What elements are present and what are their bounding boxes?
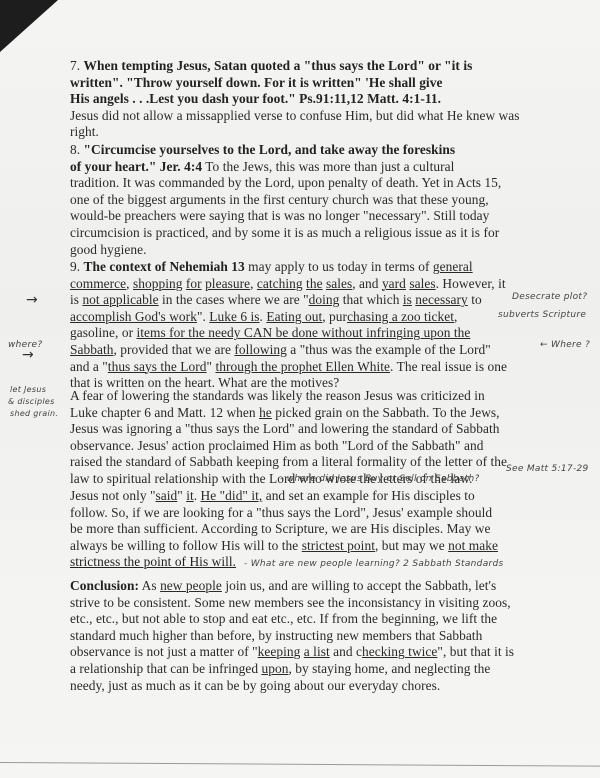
- note-desecrate: Desecrate plot?: [512, 292, 587, 302]
- p8-line-3: tradition. It was commanded by the Lord,…: [70, 175, 540, 192]
- left-note-2: & disciples: [8, 397, 55, 406]
- p12-line-6: a relationship that can be infringed upo…: [70, 661, 540, 678]
- p9-line-3: is not applicable in the cases where we …: [70, 292, 540, 309]
- p12-line-5: observance is not just a matter of "keep…: [70, 644, 540, 661]
- left-note-3: shed grain.: [10, 409, 58, 418]
- p10-line-5: raised the standard of Sabbath keeping f…: [70, 454, 540, 471]
- note-buy-sell: - where did Jesus Buy or Sell on Sabbath…: [280, 474, 480, 484]
- paragraph-conclusion: Conclusion: As new people join us, and a…: [70, 578, 540, 694]
- p9-line-1: 9. The context of Nehemiah 13 may apply …: [70, 259, 540, 276]
- p11-line-4: always be willing to follow His will to …: [70, 538, 540, 555]
- p7-line-3: His angels . . .Lest you dash your foot.…: [70, 91, 540, 108]
- p7-line-5: right.: [70, 124, 540, 141]
- p10-line-1: A fear of lowering the standards was lik…: [70, 388, 540, 405]
- p7-line-2: written". "Throw yourself down. For it i…: [70, 75, 540, 92]
- p12-line-4: standard much higher than before, by ins…: [70, 628, 540, 645]
- paragraph-8: 8. "Circumcise yourselves to the Lord, a…: [70, 142, 540, 258]
- p11-line-1: Jesus not only "said" it. He "did" it, a…: [70, 488, 540, 505]
- p11-line-2: follow. So, if we are looking for a "thu…: [70, 505, 540, 522]
- p7-line-4: Jesus did not allow a missapplied verse …: [70, 108, 540, 125]
- p9-line-7: and a "thus says the Lord" through the p…: [70, 359, 540, 376]
- p12-line-2: strive to be consistent. Some new member…: [70, 595, 540, 612]
- p12-line-7: needy, just as much as it can be by goin…: [70, 678, 540, 695]
- p8-line-5: would-be preachers were saying that is w…: [70, 208, 540, 225]
- p7-line-1: 7. When tempting Jesus, Satan quoted a "…: [70, 58, 540, 75]
- p8-line-4: one of the biggest arguments in the firs…: [70, 192, 540, 209]
- p12-line-3: etc., etc., but not able to stop and eat…: [70, 611, 540, 628]
- paragraph-10: A fear of lowering the standards was lik…: [70, 388, 540, 488]
- p8-line-6: circumcision is practiced, and by some i…: [70, 225, 540, 242]
- note-see-matt: See Matt 5:17-29: [506, 464, 589, 474]
- note-new-people: - What are new people learning? 2 Sabbat…: [244, 559, 504, 569]
- page-edge: [0, 762, 600, 767]
- margin-arrow-icon: →: [22, 347, 34, 363]
- p8-line-2: of your heart." Jer. 4:4 To the Jews, th…: [70, 159, 540, 176]
- p9-line-6: Sabbath, provided that we are following …: [70, 342, 540, 359]
- margin-arrow-icon: →: [26, 292, 38, 308]
- p11-line-3: be more than sufficient. According to Sc…: [70, 521, 540, 538]
- note-subverts-scripture: subverts Scripture: [498, 310, 586, 320]
- left-note-1: let Jesus: [10, 385, 46, 394]
- note-where: ← Where ?: [540, 340, 590, 350]
- paragraph-9: 9. The context of Nehemiah 13 may apply …: [70, 259, 540, 392]
- p9-line-5: gasoline, or items for the needy CAN be …: [70, 325, 540, 342]
- p12-line-1: Conclusion: As new people join us, and a…: [70, 578, 540, 595]
- folded-corner: [0, 0, 58, 52]
- paragraph-7: 7. When tempting Jesus, Satan quoted a "…: [70, 58, 540, 141]
- p8-line-7: good hygiene.: [70, 242, 540, 259]
- p10-line-4: observance. Jesus' action proclaimed Him…: [70, 438, 540, 455]
- p10-line-3: Jesus was ignoring a "thus says the Lord…: [70, 421, 540, 438]
- scanned-page: 7. When tempting Jesus, Satan quoted a "…: [0, 0, 600, 778]
- p9-line-4: accomplish God's work". Luke 6 is. Eatin…: [70, 309, 540, 326]
- p9-line-2: commerce, shopping for pleasure, catchin…: [70, 276, 540, 293]
- p8-line-1: 8. "Circumcise yourselves to the Lord, a…: [70, 142, 540, 159]
- p10-line-2: Luke chapter 6 and Matt. 12 when he pick…: [70, 405, 540, 422]
